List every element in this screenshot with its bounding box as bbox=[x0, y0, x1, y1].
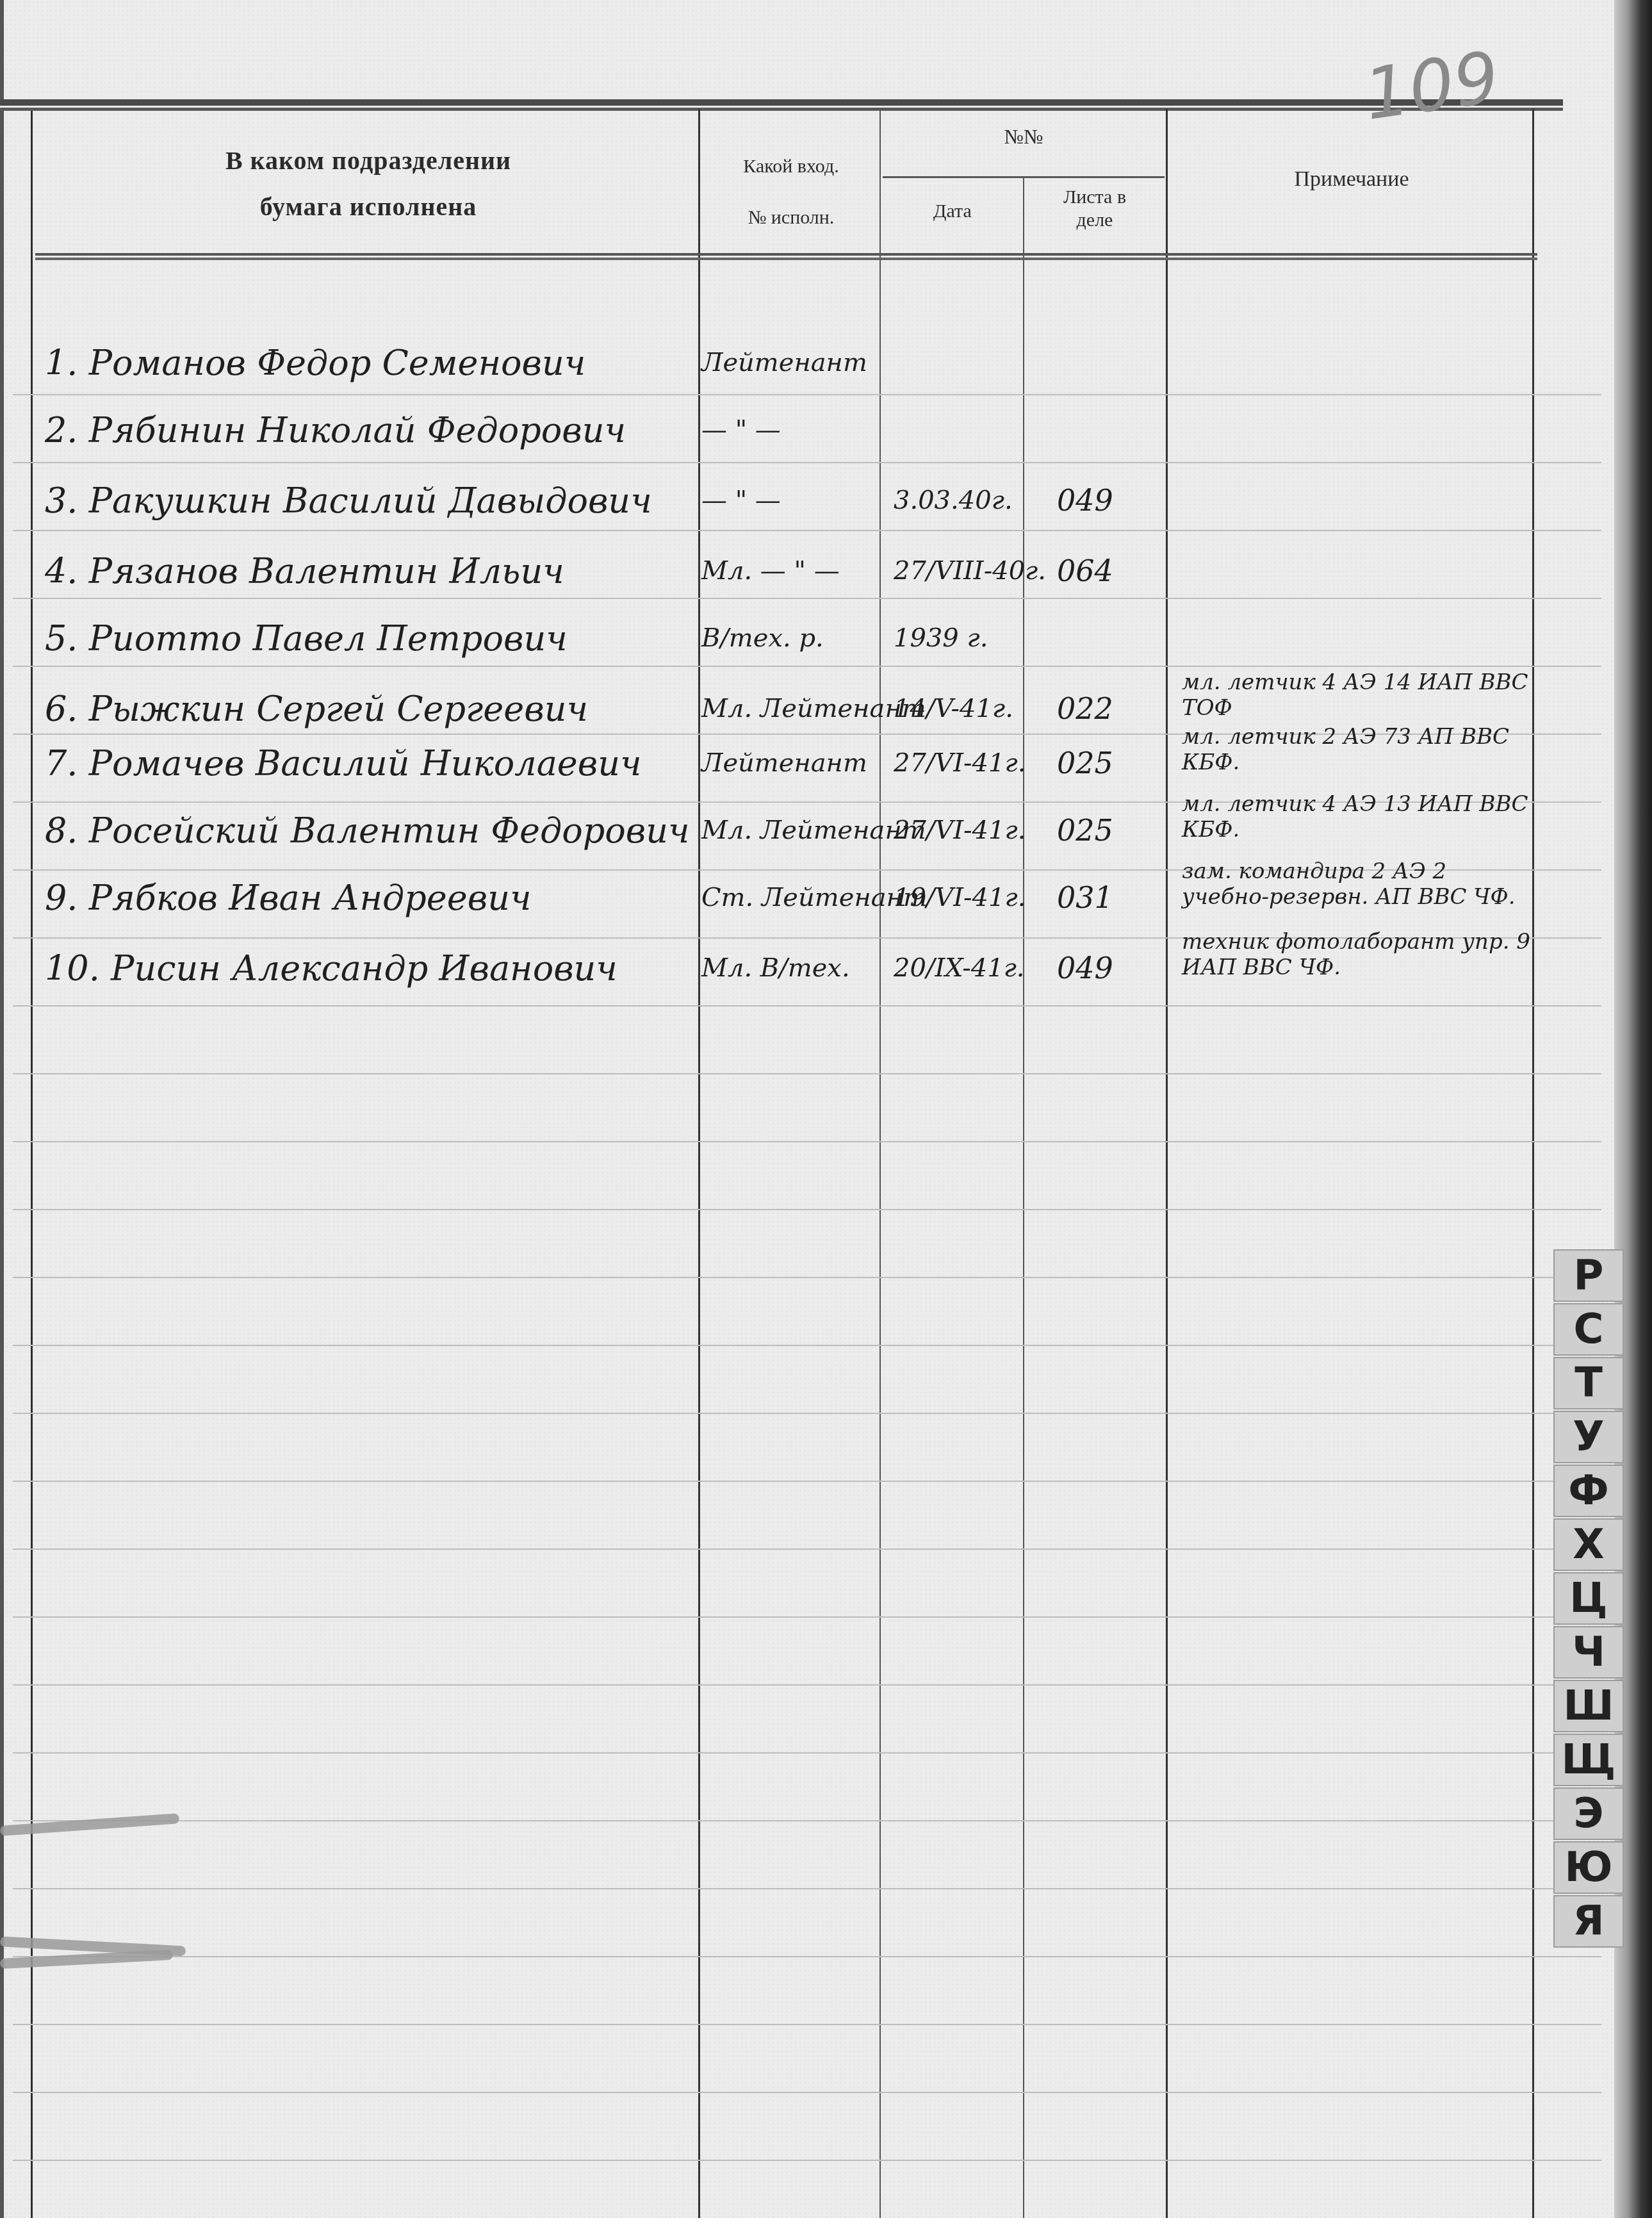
entry-name: 3. Ракушкин Василий Давыдович bbox=[45, 481, 652, 521]
ruled-line bbox=[13, 1888, 1601, 1889]
entry-date: 20/IX-41г. bbox=[894, 953, 1025, 983]
binding-string bbox=[0, 1813, 179, 1836]
ruled-line bbox=[13, 530, 1601, 531]
entry-date: 14/V-41г. bbox=[894, 694, 1013, 723]
index-tab[interactable]: Я bbox=[1553, 1895, 1624, 1948]
index-tab[interactable]: Х bbox=[1553, 1518, 1624, 1571]
index-tab[interactable]: Щ bbox=[1553, 1734, 1624, 1786]
entry-sheet-number: 022 bbox=[1057, 691, 1113, 726]
entry-name: 1. Романов Федор Семенович bbox=[45, 343, 585, 383]
entry-note: техник фотолаборант упр. 9 ИАП ВВС ЧФ. bbox=[1182, 929, 1541, 980]
index-tab[interactable]: Ц bbox=[1553, 1572, 1624, 1625]
entry-name: 5. Риотто Павел Петрович bbox=[45, 618, 568, 659]
entry-name: 2. Рябинин Николай Федорович bbox=[45, 410, 626, 450]
entry-date: 19/VI-41г. bbox=[894, 883, 1026, 912]
entry-sheet-number: 031 bbox=[1057, 880, 1113, 915]
header-numbers: №№ bbox=[883, 125, 1165, 149]
ruled-line bbox=[13, 2024, 1601, 2025]
entry-note: мл. летчик 4 АЭ 14 ИАП ВВС ТОФ bbox=[1182, 670, 1541, 721]
ruled-line bbox=[13, 394, 1601, 395]
header-date: Дата bbox=[883, 201, 1022, 222]
entry-sheet-number: 049 bbox=[1057, 951, 1113, 985]
entry-sheet-number: 025 bbox=[1057, 813, 1113, 848]
header-sheet-line2: деле bbox=[1025, 209, 1165, 232]
index-tab[interactable]: Ю bbox=[1553, 1841, 1624, 1894]
ruled-line bbox=[13, 1481, 1601, 1482]
entry-name: 9. Рябков Иван Андреевич bbox=[45, 878, 532, 918]
entry-sheet-number: 064 bbox=[1057, 554, 1113, 588]
index-tab[interactable]: Э bbox=[1553, 1787, 1624, 1840]
header-incoming-line2: № исполн. bbox=[701, 192, 881, 243]
column-divider bbox=[1023, 253, 1024, 2218]
page-number-mark: 109 bbox=[1359, 36, 1504, 136]
index-tab[interactable]: Ф bbox=[1553, 1465, 1624, 1517]
entry-name: 10. Рисин Александр Иванович bbox=[45, 948, 617, 989]
column-divider bbox=[1532, 109, 1534, 2218]
column-divider bbox=[879, 109, 881, 2218]
ruled-line bbox=[13, 1616, 1601, 1618]
entry-sheet-number: 049 bbox=[1057, 483, 1113, 518]
column-divider bbox=[1166, 109, 1168, 2218]
entry-note: зам. командира 2 АЭ 2 учебно-резервн. АП… bbox=[1182, 858, 1541, 910]
ruled-line bbox=[13, 1752, 1601, 1754]
index-tab[interactable]: Ч bbox=[1553, 1626, 1624, 1679]
entry-name: 4. Рязанов Валентин Ильич bbox=[45, 551, 564, 591]
margin-line bbox=[31, 109, 33, 2218]
entry-rank: Мл. В/тех. bbox=[701, 953, 850, 983]
ruled-line bbox=[13, 1141, 1601, 1142]
entry-rank: Мл. Лейтенант bbox=[701, 816, 926, 845]
ruled-line bbox=[13, 666, 1601, 667]
ruled-line bbox=[13, 1820, 1601, 1821]
ruled-line bbox=[13, 1548, 1601, 1550]
ruled-line bbox=[13, 1684, 1601, 1686]
index-tab[interactable]: Ш bbox=[1553, 1680, 1624, 1732]
binding-string bbox=[0, 1950, 173, 1969]
entry-name: 7. Ромачев Василий Николаевич bbox=[45, 743, 642, 784]
header-subdivider bbox=[1023, 176, 1024, 253]
header-note: Примечание bbox=[1169, 167, 1534, 192]
entry-rank: Мл. Лейтенант bbox=[701, 694, 926, 723]
ruled-line bbox=[13, 462, 1601, 463]
column-divider bbox=[698, 109, 700, 2218]
entry-date: 3.03.40г. bbox=[894, 486, 1013, 515]
header-unit-line1: В каком подразделении bbox=[38, 138, 698, 184]
header-unit-line2: бумага исполнена bbox=[38, 184, 698, 230]
ruled-line bbox=[13, 1005, 1601, 1006]
entry-rank: — " — bbox=[701, 486, 781, 515]
entry-name: 6. Рыжкин Сергей Сергеевич bbox=[45, 689, 588, 729]
header-incoming: Какой вход. № исполн. bbox=[701, 141, 881, 243]
entry-date: 27/VI-41г. bbox=[894, 816, 1026, 845]
ruled-line bbox=[13, 1413, 1601, 1414]
entry-note: мл. летчик 4 АЭ 13 ИАП ВВС КБФ. bbox=[1182, 791, 1541, 842]
entry-date: 27/VIII-40г. bbox=[894, 556, 1046, 586]
top-rule bbox=[0, 99, 1563, 108]
entry-note: мл. летчик 2 АЭ 73 АП ВВС КБФ. bbox=[1182, 724, 1541, 775]
ruled-line bbox=[13, 2160, 1601, 2161]
entry-sheet-number: 025 bbox=[1057, 746, 1113, 780]
entry-rank: Мл. — " — bbox=[701, 556, 840, 586]
ruled-line bbox=[13, 598, 1601, 599]
header-incoming-line1: Какой вход. bbox=[701, 141, 881, 192]
ruled-line bbox=[13, 1073, 1601, 1074]
entry-rank: — " — bbox=[701, 415, 781, 445]
index-tab[interactable]: Р bbox=[1553, 1249, 1624, 1302]
header-rule bbox=[35, 253, 1537, 256]
header-sheet-line1: Листа в bbox=[1025, 186, 1165, 209]
ruled-line bbox=[13, 1209, 1601, 1210]
entry-rank: В/тех. р. bbox=[701, 623, 824, 653]
index-tab[interactable]: У bbox=[1553, 1411, 1624, 1463]
entry-rank: Лейтенант bbox=[701, 748, 867, 778]
ruled-line bbox=[13, 1956, 1601, 1957]
header-sheet: Листа в деле bbox=[1025, 186, 1165, 232]
page-left-edge bbox=[0, 0, 4, 2218]
entry-name: 8. Росейский Валентин Федорович bbox=[45, 810, 690, 851]
ruled-line bbox=[13, 2092, 1601, 2093]
ledger-page: 109 В каком подразделении бумага исполне… bbox=[0, 0, 1614, 2218]
entry-date: 27/VI-41г. bbox=[894, 748, 1026, 778]
index-tab[interactable]: С bbox=[1553, 1303, 1624, 1356]
ruled-line bbox=[13, 1277, 1601, 1278]
ruled-line bbox=[13, 1345, 1601, 1346]
index-tab[interactable]: Т bbox=[1553, 1357, 1624, 1409]
entry-rank: Лейтенант bbox=[701, 348, 867, 377]
entry-date: 1939 г. bbox=[894, 623, 988, 653]
alphabet-index-tabs: РСТУФХЦЧШЩЭЮЯ bbox=[1553, 1249, 1624, 1949]
header-unit: В каком подразделении бумага исполнена bbox=[38, 138, 698, 230]
